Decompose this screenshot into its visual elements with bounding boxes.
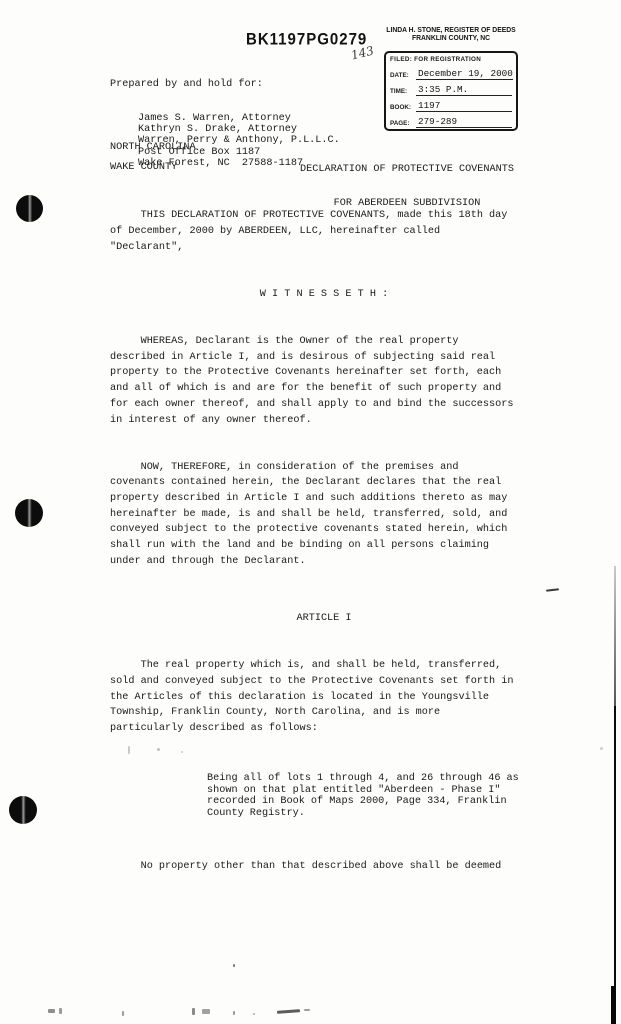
scan-speck [59,1008,62,1014]
scanned-document-page: BK1197PG0279 143 LINDA H. STONE, REGISTE… [0,0,621,1024]
stamp-date-label: DATE: [390,72,416,80]
scan-speck [48,1009,55,1013]
registrar-name-line: LINDA H. STONE, REGISTER OF DEEDS [381,27,521,35]
stamp-time-label: TIME: [390,88,416,96]
stamp-book-row: BOOK: 1197 [390,96,512,112]
stamp-book-value: 1197 [416,100,512,112]
legal-description-block: Being all of lots 1 through 4, and 26 th… [110,773,538,819]
register-of-deeds-header: LINDA H. STONE, REGISTER OF DEEDS FRANKL… [381,27,521,42]
scan-edge-line [614,566,616,706]
stamp-date-value: December 19, 2000 [416,68,513,80]
punch-hole-bottom [9,796,37,824]
stamp-date-row: DATE: December 19, 2000 [390,64,512,80]
scan-speck [202,1009,210,1014]
punch-hole-top [16,195,43,222]
scan-speck [181,751,183,753]
stamp-page-label: PAGE: [390,120,416,128]
scan-speck [122,1011,124,1016]
handwritten-dash-mark [546,588,559,592]
stamp-book-label: BOOK: [390,104,416,112]
scan-speck [600,747,603,750]
punch-hole-middle [15,499,43,527]
stamp-page-row: PAGE: 279-289 [390,112,512,128]
stamp-time-value: 3:35 P.M. [416,84,512,96]
scan-speck [253,1013,255,1015]
stamp-page-value: 279-289 [416,116,512,128]
jurisdiction-state: NORTH CAROLINA [110,142,196,153]
paragraph-no-property: No property other than that described ab… [110,859,538,875]
registration-stamp-box: FILED: FOR REGISTRATION DATE: December 1… [384,51,518,131]
prepared-by-heading: Prepared by and hold for: [110,79,340,90]
document-body: THIS DECLARATION OF PROTECTIVE COVENANTS… [110,177,538,907]
article-1-heading: ARTICLE I [110,611,538,627]
scan-speck [233,964,235,967]
registrar-county-line: FRANKLIN COUNTY, NC [381,35,521,43]
document-title-line1: DECLARATION OF PROTECTIVE COVENANTS [293,164,521,175]
scan-speck [157,748,160,751]
paragraph-whereas: WHEREAS, Declarant is the Owner of the r… [110,334,538,428]
scan-smear [277,1009,300,1014]
book-page-stamp: BK1197PG0279 [246,30,367,48]
paragraph-now-therefore: NOW, THEREFORE, in consideration of the … [110,460,538,570]
paragraph-declaration-intro: THIS DECLARATION OF PROTECTIVE COVENANTS… [110,208,538,255]
scan-speck [233,1011,235,1015]
scan-edge-line [611,986,616,1024]
scan-speck [304,1009,310,1011]
scan-speck [128,746,130,754]
stamp-time-row: TIME: 3:35 P.M. [390,80,512,96]
scan-speck [192,1008,195,1015]
filed-for-registration-label: FILED: FOR REGISTRATION [390,56,512,63]
jurisdiction-county: WAKE COUNTY [110,162,177,173]
scan-edge-line [614,706,617,1024]
paragraph-real-property: The real property which is, and shall be… [110,658,538,737]
witnesseth-heading: W I T N E S S E T H : [110,287,538,303]
